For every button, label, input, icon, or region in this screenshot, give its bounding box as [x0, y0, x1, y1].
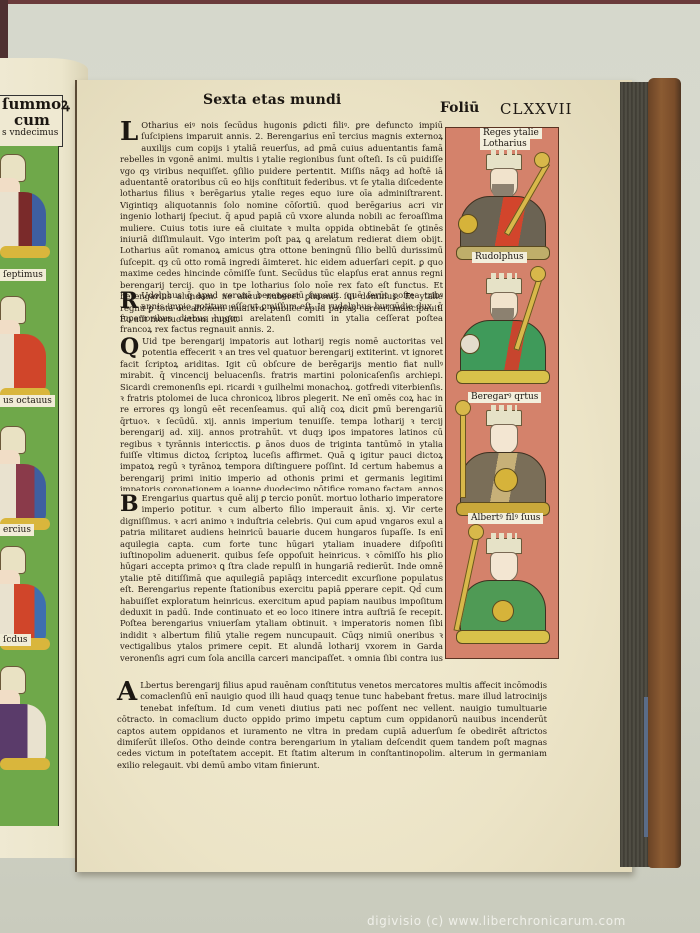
left-title-line-1: ſummoꝝ — [0, 96, 62, 112]
background-left-edge — [0, 0, 8, 60]
text-column-paragraph-2: RUdolphus q̄ apud veronā berengariū ſupa… — [120, 290, 443, 335]
king-label-rudolphus: Rudolphus — [472, 252, 527, 263]
king-figure-lotharius — [454, 154, 550, 264]
kings-of-italy-panel: Reges ytalie Lotharius Rudolphus Beregar… — [445, 127, 559, 659]
pope-label-3: ercius — [0, 524, 34, 536]
left-title-line-2: cum — [0, 112, 62, 128]
text-column-paragraph-4: BErengarius quartus quē alij ꝑ tercio po… — [120, 493, 443, 665]
king-figure-albertus — [454, 538, 550, 648]
folio-label: Foliū — [440, 100, 479, 116]
popes-illustration-panel: ſeptimus us octauus ercius ſcdus — [0, 146, 59, 826]
king-figure-rudolphus — [454, 278, 550, 388]
background-top-strip — [0, 0, 700, 4]
decorated-initial: L — [120, 121, 138, 143]
book-cover-edge — [648, 78, 681, 868]
running-head: Sexta etas mundi — [203, 92, 341, 108]
kings-panel-header: Reges ytalie — [480, 128, 542, 139]
king-figure-berengarius — [454, 410, 550, 520]
watermark: digivisio (c) www.liberchronicarum.com — [367, 914, 626, 928]
pope-label-2: us octauus — [0, 395, 55, 407]
left-title-line-3: s vndecimus — [0, 128, 62, 139]
paragraph-text: Erengarius quartus quē alij ꝑ tercio pon… — [120, 493, 443, 665]
pope-label-1: ſeptimus — [0, 269, 46, 281]
decorated-initial: Q — [120, 337, 139, 357]
left-page-title-box: ſummoꝝ cum s vndecimus — [0, 95, 63, 147]
paragraph-text: Udolphus q̄ apud veronā berengariū ſupau… — [120, 290, 443, 334]
text-column-paragraph-3: QUid tpe berengarij impatoris aut lothar… — [120, 336, 443, 491]
pope-label-4: ſcdus — [0, 634, 31, 646]
decorated-initial: A — [117, 681, 137, 703]
paragraph-text: Lbertus berengarij filius apud rauēnam c… — [117, 680, 547, 770]
paragraph-text: Uid tpe berengarij impatoris aut lothari… — [120, 336, 443, 491]
decorated-initial: R — [120, 291, 138, 311]
bottom-paragraph: ALbertus berengarij filius apud rauēnam … — [117, 680, 547, 771]
folio-number: CLXXVII — [500, 100, 572, 118]
decorated-initial: B — [120, 494, 139, 514]
king-label-berengarius-quartus: Beregarꝰ qrtus — [468, 392, 541, 403]
king-label-albertus: Albertꝰ filꝰ ſuus — [468, 513, 543, 524]
page-block-edges — [620, 82, 650, 867]
